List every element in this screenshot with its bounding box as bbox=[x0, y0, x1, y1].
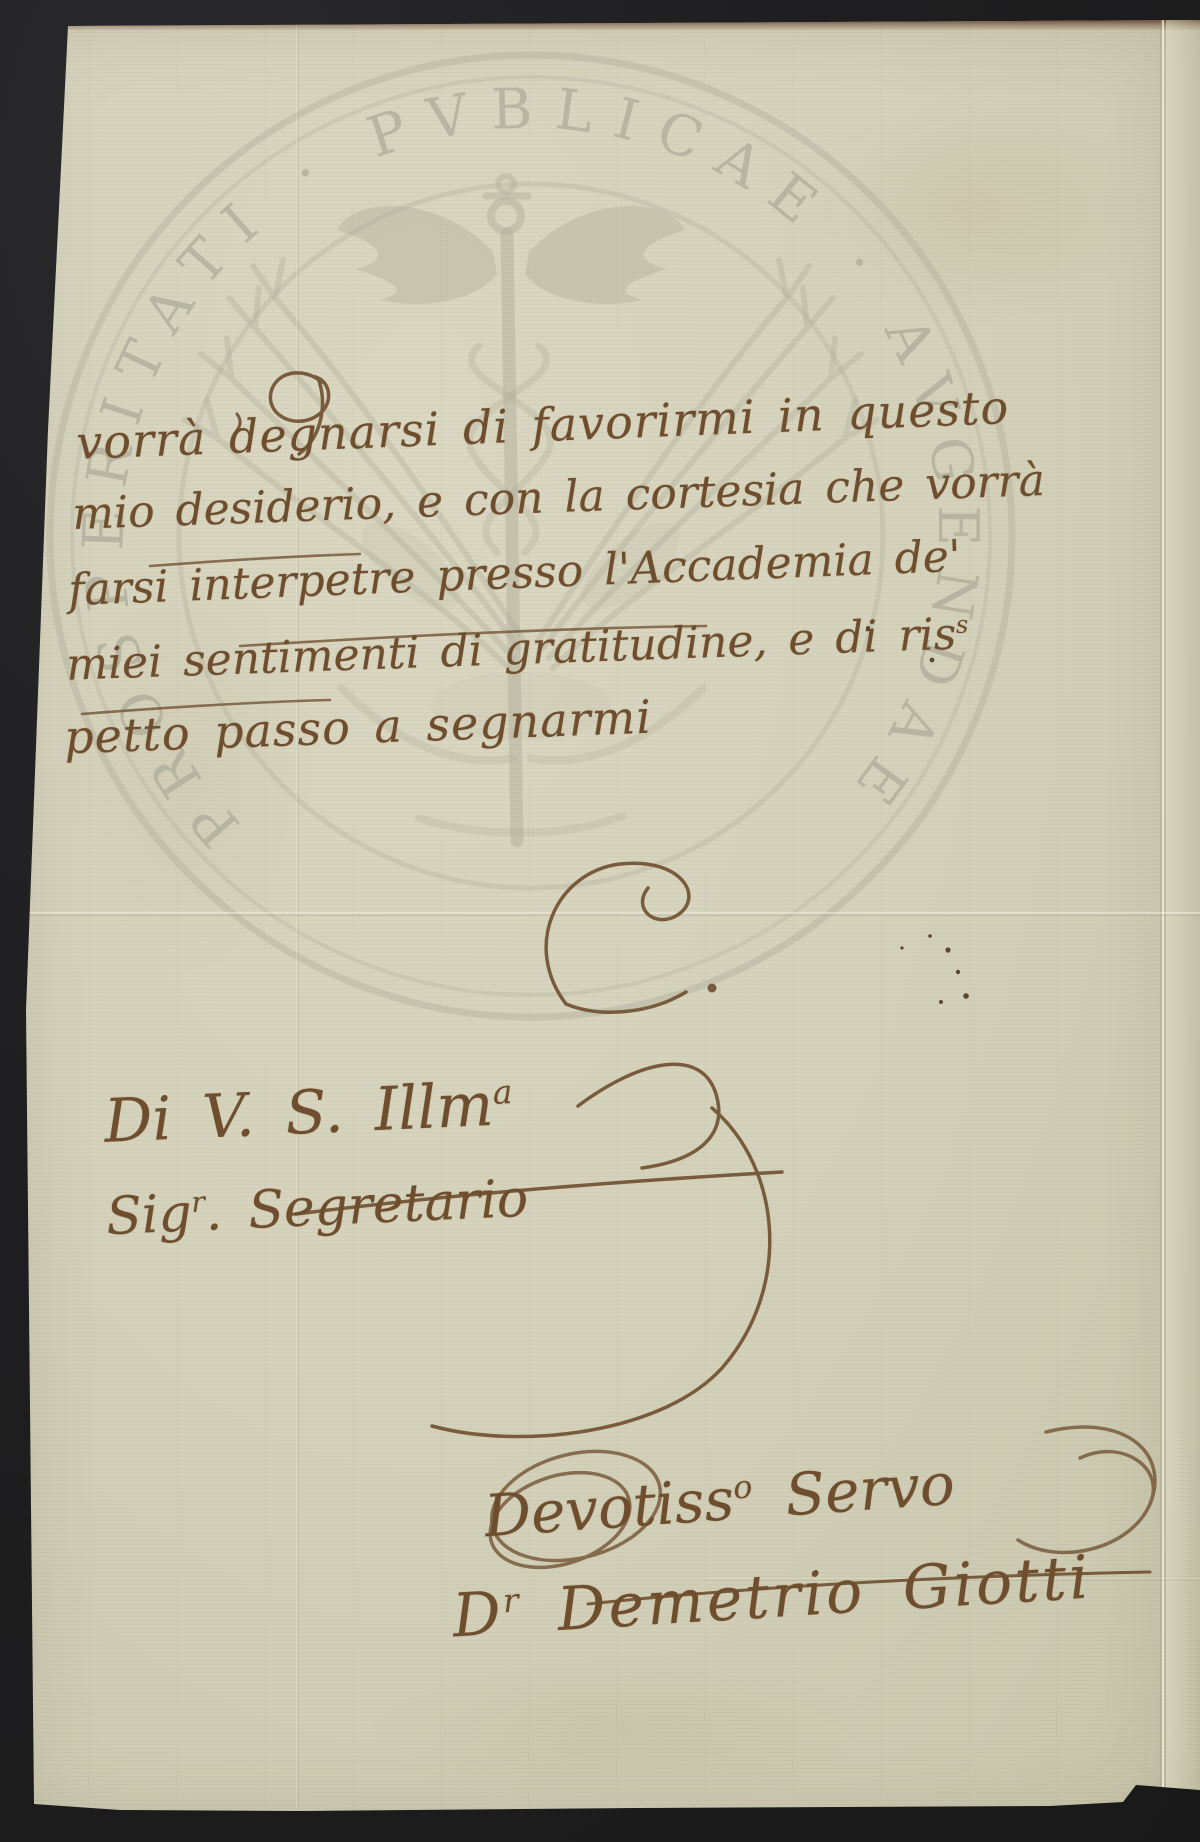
scanned-letter-page: PROSPERITATI · PVBLICAE · AVGENDAE bbox=[0, 0, 1200, 1842]
closing-capital-flourish bbox=[546, 863, 716, 1012]
valediction-loop-flourish bbox=[478, 1427, 1155, 1584]
signature-crossbar bbox=[588, 1572, 1150, 1604]
ink-specks bbox=[866, 626, 969, 1004]
t-crossbar-strokes bbox=[82, 554, 706, 714]
paper-sheet: PROSPERITATI · PVBLICAE · AVGENDAE bbox=[0, 0, 1200, 1842]
illma-swash-flourish bbox=[296, 1064, 782, 1436]
ink-flourishes bbox=[0, 0, 1200, 1842]
paraph-flourish bbox=[235, 373, 329, 454]
